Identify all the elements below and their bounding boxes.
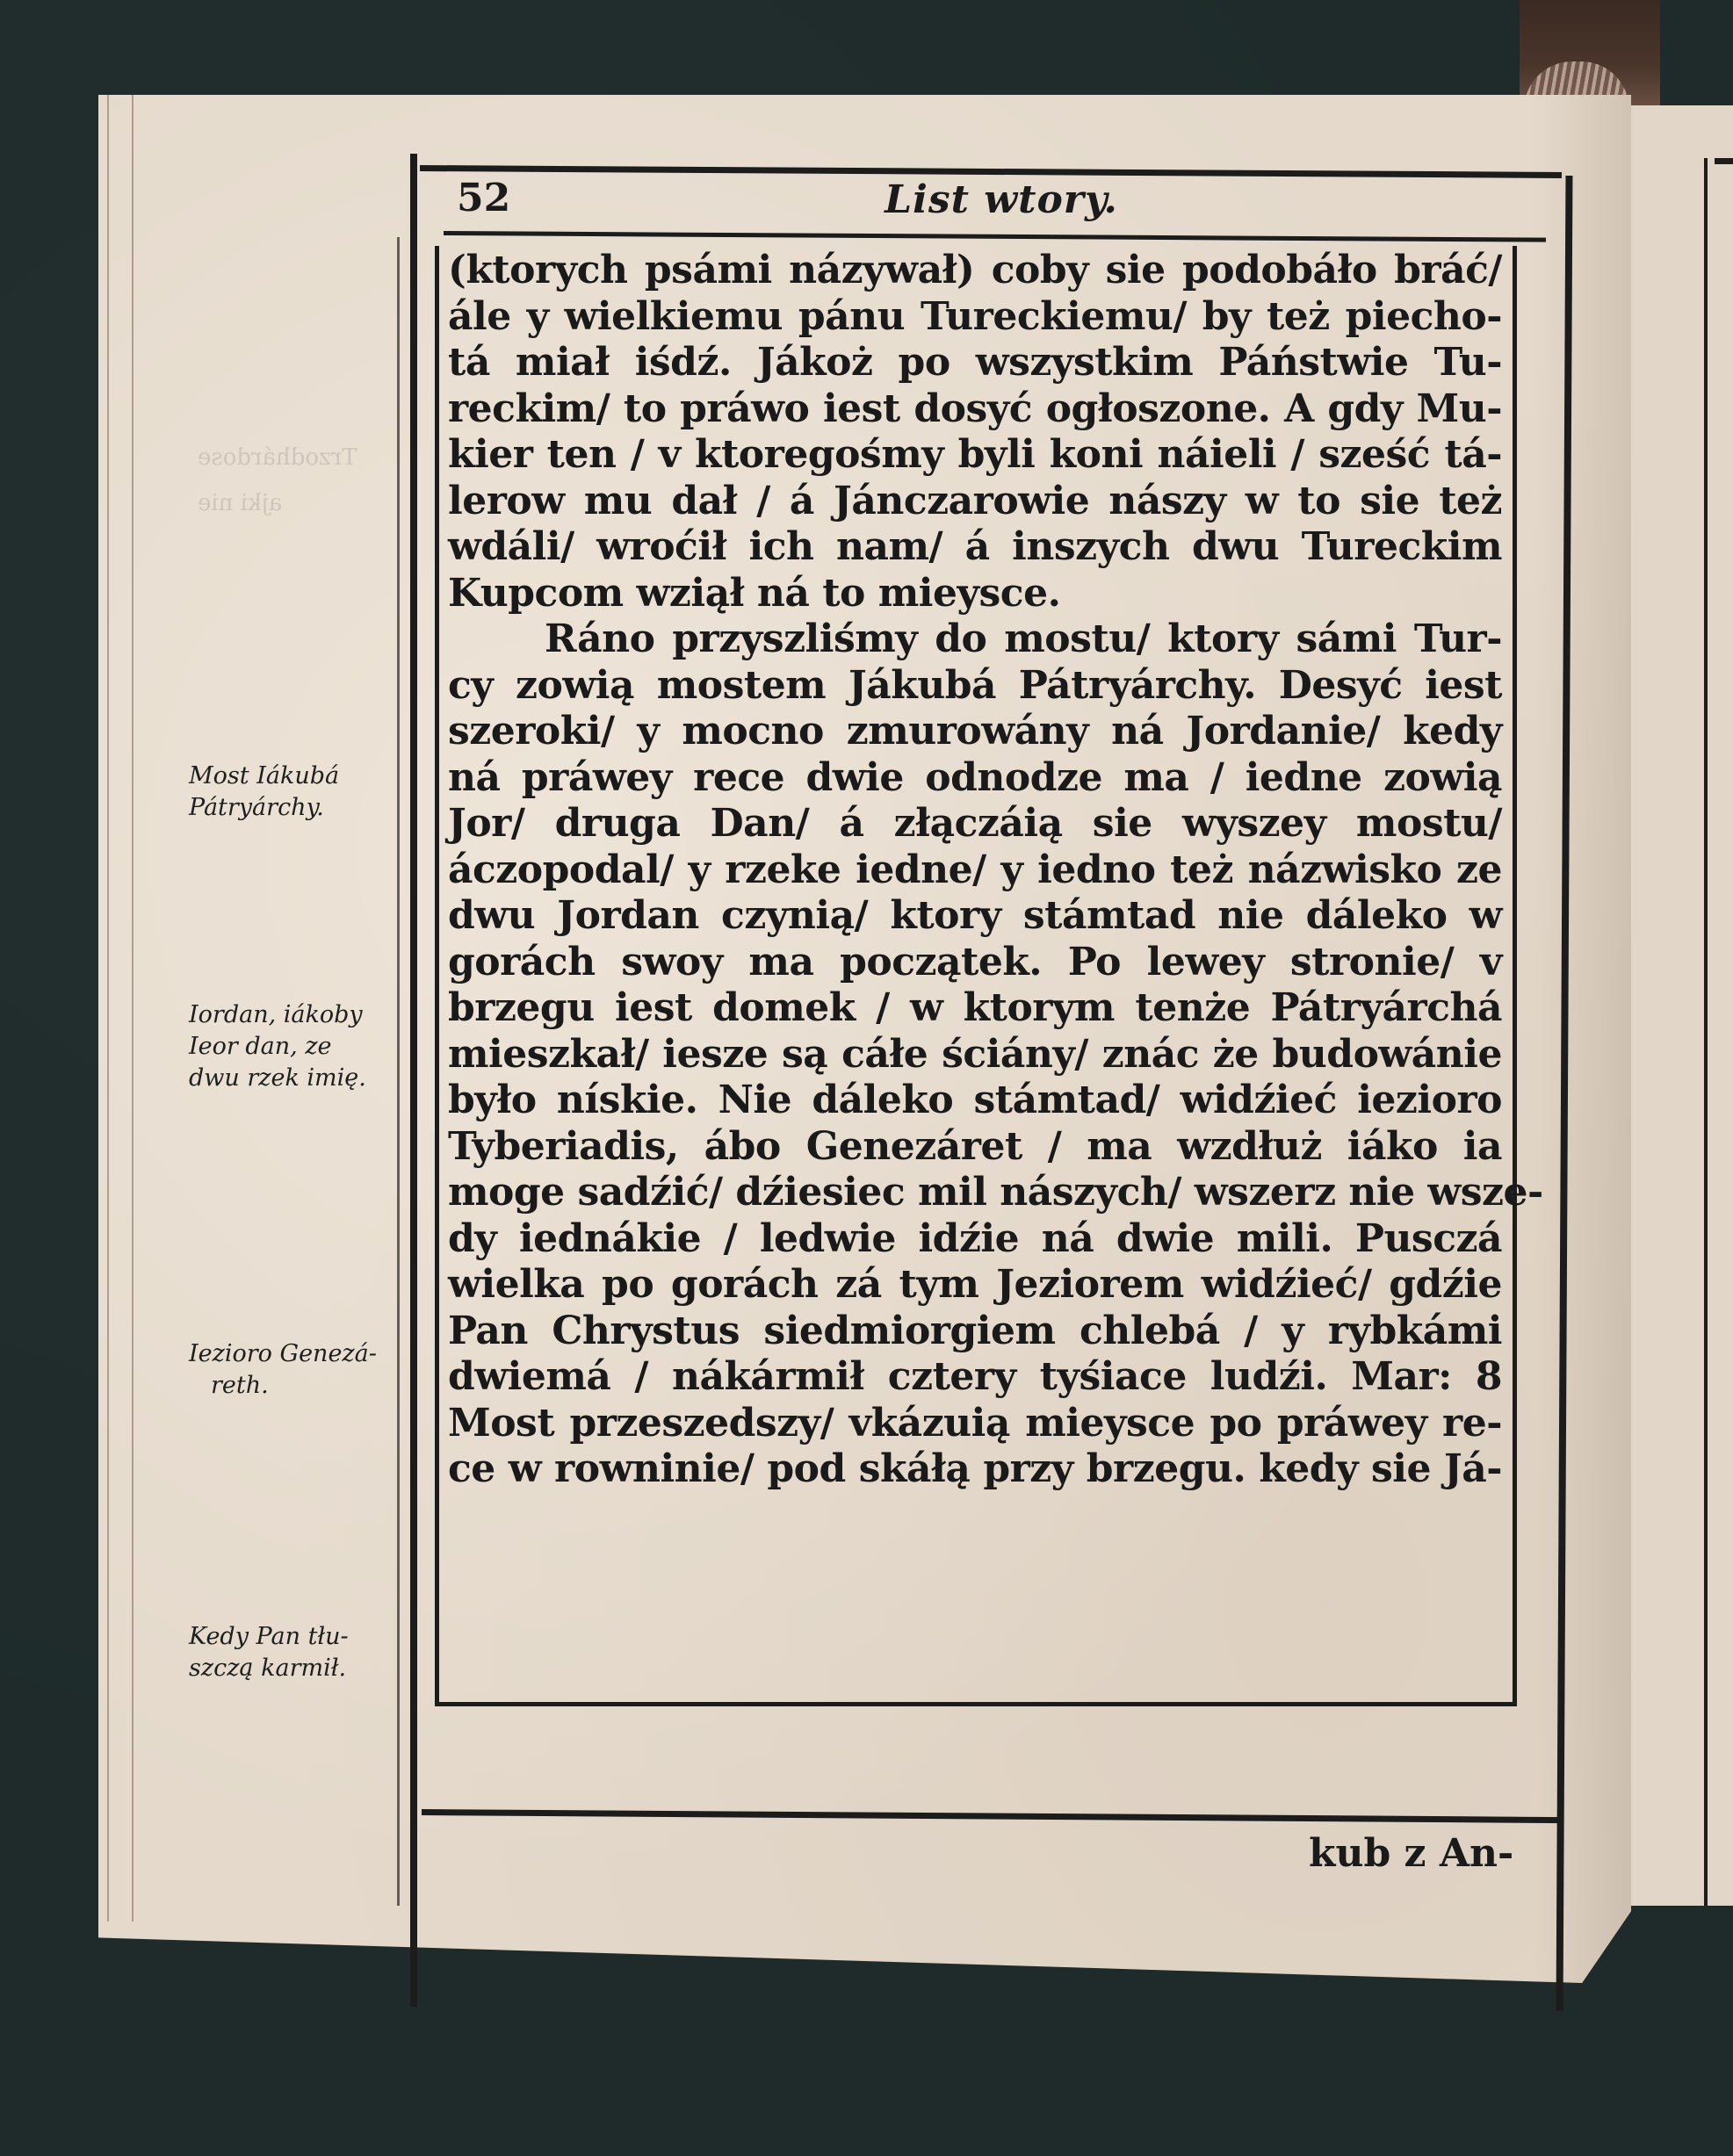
text-line: cy zowią mostem Jákubá Pátryárchy. Desyć… bbox=[448, 663, 1502, 710]
running-title: List wtory. bbox=[457, 177, 1546, 222]
text-line: gorách swoy ma początek. Po lewey stroni… bbox=[448, 940, 1502, 986]
text-line: Pan Chrystus siedmiorgiem chlebá / y ryb… bbox=[448, 1309, 1502, 1355]
text-line: (ktorych psámi názywał) coby sie podobáł… bbox=[448, 248, 1502, 294]
text-line: lerow mu dał / á Jánczarowie nászy w to … bbox=[448, 479, 1502, 525]
catchword: kub z An- bbox=[1309, 1831, 1513, 1876]
text-line: dwu Jordan czynią/ ktory stámtad nie dál… bbox=[448, 893, 1502, 940]
page-edge-line bbox=[132, 95, 134, 1922]
text-line: ná práwey rece dwie odnodze ma / iedne z… bbox=[448, 755, 1502, 802]
marginal-note-most: Most Iákubá Pátryárchy. bbox=[189, 761, 400, 824]
page-edge-line bbox=[107, 95, 109, 1922]
marginal-note-chleb: Kedy Pan tłu- szczą karmił. bbox=[189, 1621, 400, 1684]
marginal-note-jordan: Iordan, iákoby Ieor dan, ze dwu rzek imi… bbox=[189, 999, 400, 1094]
text-line: dy iednákie / ledwie idźie ná dwie mili.… bbox=[448, 1216, 1502, 1263]
text-line: było nískie. Nie dáleko stámtad/ widźieć… bbox=[448, 1078, 1502, 1124]
running-head: 52 List wtory. bbox=[457, 176, 1546, 228]
text-line: wdáli/ wroćił ich nam/ á inszych dwu Tur… bbox=[448, 524, 1502, 571]
body-text: (ktorych psámi názywał) coby sie podobáł… bbox=[448, 248, 1502, 1493]
text-line: áczopodal/ y rzeke iedne/ y iedno też ná… bbox=[448, 847, 1502, 894]
ink-show-through: Trzodhárdose ajki nie bbox=[198, 435, 400, 526]
text-line: Tyberiadis, ábo Genezáret / ma wzdłuż iá… bbox=[448, 1124, 1502, 1171]
text-line: Kupcom wziął ná to mieysce. bbox=[448, 571, 1502, 617]
text-line: dwiemá / nákármił cztery tyśiace ludźi. … bbox=[448, 1354, 1502, 1401]
marginal-note-jezioro: Iezioro Genezá- reth. bbox=[189, 1338, 400, 1402]
text-line: tá miał iśdź. Jákoż po wszystkim Páństwi… bbox=[448, 340, 1502, 386]
facing-page bbox=[1629, 105, 1733, 1906]
facing-page-frame-rule bbox=[1704, 158, 1708, 1906]
text-line: wielka po gorách zá tym Jeziorem widźieć… bbox=[448, 1262, 1502, 1309]
text-line: brzegu iest domek / w ktorym tenże Pátry… bbox=[448, 985, 1502, 1032]
text-line: reckim/ to práwo iest dosyć ogłoszone. A… bbox=[448, 386, 1502, 433]
text-line: ále y wielkiemu pánu Tureckiemu/ by też … bbox=[448, 294, 1502, 341]
text-line: mieszkał/ iesze są cáłe ściány/ znác że … bbox=[448, 1032, 1502, 1078]
text-line: Ráno przyszliśmy do mostu/ ktory sámi Tu… bbox=[448, 617, 1502, 663]
facing-page-head-rule bbox=[1715, 158, 1733, 164]
text-line: szeroki/ y mocno zmurowány ná Jordanie/ … bbox=[448, 709, 1502, 755]
text-line: kier ten / v ktoregośmy byli koni náieli… bbox=[448, 432, 1502, 479]
text-line: Most przeszedszy/ vkázuią mieysce po prá… bbox=[448, 1401, 1502, 1447]
frame-rule-left bbox=[410, 154, 417, 2007]
text-line: moge sadźić/ dźiesiec mil nászych/ wszer… bbox=[448, 1170, 1502, 1216]
text-line: Jor/ druga Dan/ á złączáią sie wyszey mo… bbox=[448, 801, 1502, 847]
text-line: ce w rowninie/ pod skáłą przy brzegu. ke… bbox=[448, 1446, 1502, 1493]
